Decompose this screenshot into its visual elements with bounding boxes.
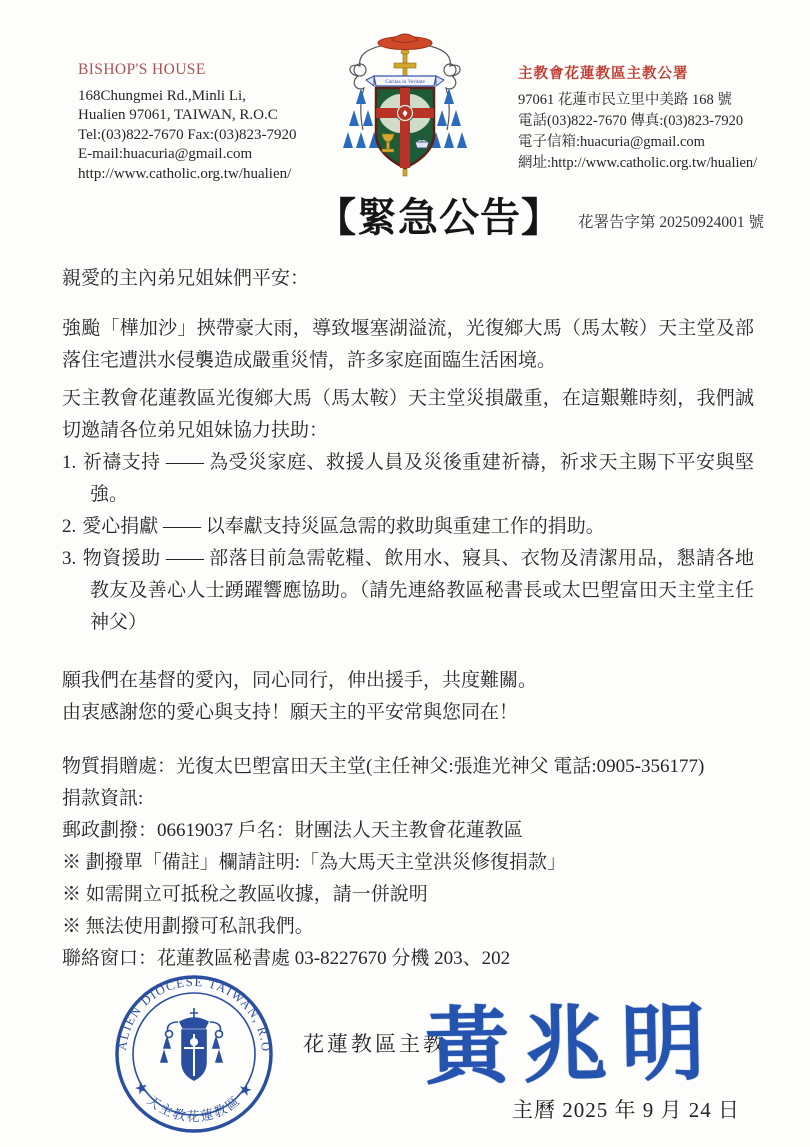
bishop-signature: 黃兆明 [424,975,720,1101]
website-line: 網址:http://www.catholic.org.tw/hualien/ [518,153,768,174]
paragraph-disaster: 強颱「樺加沙」挾帶豪大雨，導致堰塞湖溢流，光復鄉大馬（馬太鞍）天主堂及部落住宅遭… [62,313,754,377]
list-item-prayer: 1.祈禱支持 —— 為受災家庭、救援人員及災後重建祈禱，祈求天主賜下平安與堅強。 [62,447,754,511]
receipt-note-line: ※ 如需開立可抵稅之教區收據，請一併說明 [62,879,754,911]
address-line: 97061 花蓮市民立里中美路 168 號 [518,90,768,111]
motto-text: Caritas in Veritate [385,79,425,85]
remark-note-line: ※ 劃撥單「備註」欄請註明:「為大馬天主堂洪災修復捐款」 [62,847,754,879]
letterhead-chinese: 主教會花蓮教區主教公署 97061 花蓮市民立里中美路 168 號 電話(03)… [518,64,768,174]
seal-graphic: HUALIEN DIOCESE TAIWAN, R.O.C. ★ 天主教花蓮教區… [112,972,276,1136]
letterhead-english-title: BISHOP'S HOUSE [78,60,348,80]
item-number: 1. [62,452,76,473]
paragraph-appeal: 天主教會花蓮教區光復鄉大馬（馬太鞍）天主堂災損嚴重，在這艱難時刻，我們誠切邀請各… [62,383,754,447]
phone-fax-line: 電話(03)822-7670 傳真:(03)823-7920 [518,111,768,132]
diocese-seal: HUALIEN DIOCESE TAIWAN, R.O.C. ★ 天主教花蓮教區… [112,972,276,1136]
address-line: 168Chungmei Rd.,Minli Li, [78,87,348,107]
item-number: 2. [62,516,76,537]
diocese-coat-of-arms: Caritas in Veritate [330,26,480,181]
reference-number: 花署告字第 20250924001 號 [578,210,764,232]
donation-place-line: 物質捐贈處：光復太巴塱富田天主堂(主任神父:張進光神父 電話:0905-3561… [62,751,754,783]
email-line: 電子信箱:huacuria@gmail.com [518,132,768,153]
contact-line: 聯絡窗口：花蓮教區秘書處 03-8227670 分機 203、202 [62,943,754,975]
phone-fax-line: Tel:(03)822-7670 Fax:(03)823-7920 [78,126,348,146]
closing-line: 願我們在基督的愛內，同心同行，伸出援手，共度難關。 [62,665,754,697]
postal-transfer-line: 郵政劃撥：06619037 戶名：財團法人天主教會花蓮教區 [62,815,754,847]
address-line: Hualien 97061, TAIWAN, R.O.C [78,106,348,126]
email-line: E-mail:huacuria@gmail.com [78,145,348,165]
seal-inner-crest [161,1008,223,1080]
coat-of-arms-graphic: Caritas in Veritate [330,26,480,181]
page-title: 【緊急公告】 [316,186,562,243]
list-item-donation: 2.愛心捐獻 —— 以奉獻支持災區急需的救助與重建工作的捐助。 [62,511,754,543]
item-number: 3. [62,548,76,569]
letterhead-english: BISHOP'S HOUSE 168Chungmei Rd.,Minli Li,… [78,60,348,184]
donation-info-title: 捐款資訊: [62,783,754,815]
date-line: 主曆 2025 年 9 月 24 日 [512,1094,740,1124]
item-text: 祈禱支持 —— 為受災家庭、救援人員及災後重建祈禱，祈求天主賜下平安與堅強。 [82,452,754,505]
website-line: http://www.catholic.org.tw/hualien/ [78,165,348,185]
letterhead-chinese-title: 主教會花蓮教區主教公署 [518,64,768,85]
document-page: BISHOP'S HOUSE 168Chungmei Rd.,Minli Li,… [0,0,810,1147]
galero-hat [378,34,432,50]
shield [376,88,434,168]
salutation: 親愛的主內弟兄姐妹們平安： [62,263,754,295]
closing-block: 願我們在基督的愛內，同心同行，伸出援手，共度難關。 由衷感謝您的愛心與支持！願天… [62,665,754,729]
item-text: 物資援助 —— 部落目前急需乾糧、飲用水、寢具、衣物及清潔用品，懇請各地教友及善… [82,548,754,633]
closing-line: 由衷感謝您的愛心與支持！願天主的平安常與您同在！ [62,697,754,729]
announcement-body: 親愛的主內弟兄姐妹們平安： 強颱「樺加沙」挾帶豪大雨，導致堰塞湖溢流，光復鄉大馬… [62,263,754,975]
private-message-note-line: ※ 無法使用劃撥可私訊我們。 [62,911,754,943]
list-item-supplies: 3.物資援助 —— 部落目前急需乾糧、飲用水、寢具、衣物及清潔用品，懇請各地教友… [62,543,754,639]
donation-info-block: 捐款資訊: 郵政劃撥：06619037 戶名：財團法人天主教會花蓮教區 ※ 劃撥… [62,783,754,975]
item-text: 愛心捐獻 —— 以奉獻支持災區急需的救助與重建工作的捐助。 [82,516,605,537]
motto-banner: Caritas in Veritate [366,76,444,86]
